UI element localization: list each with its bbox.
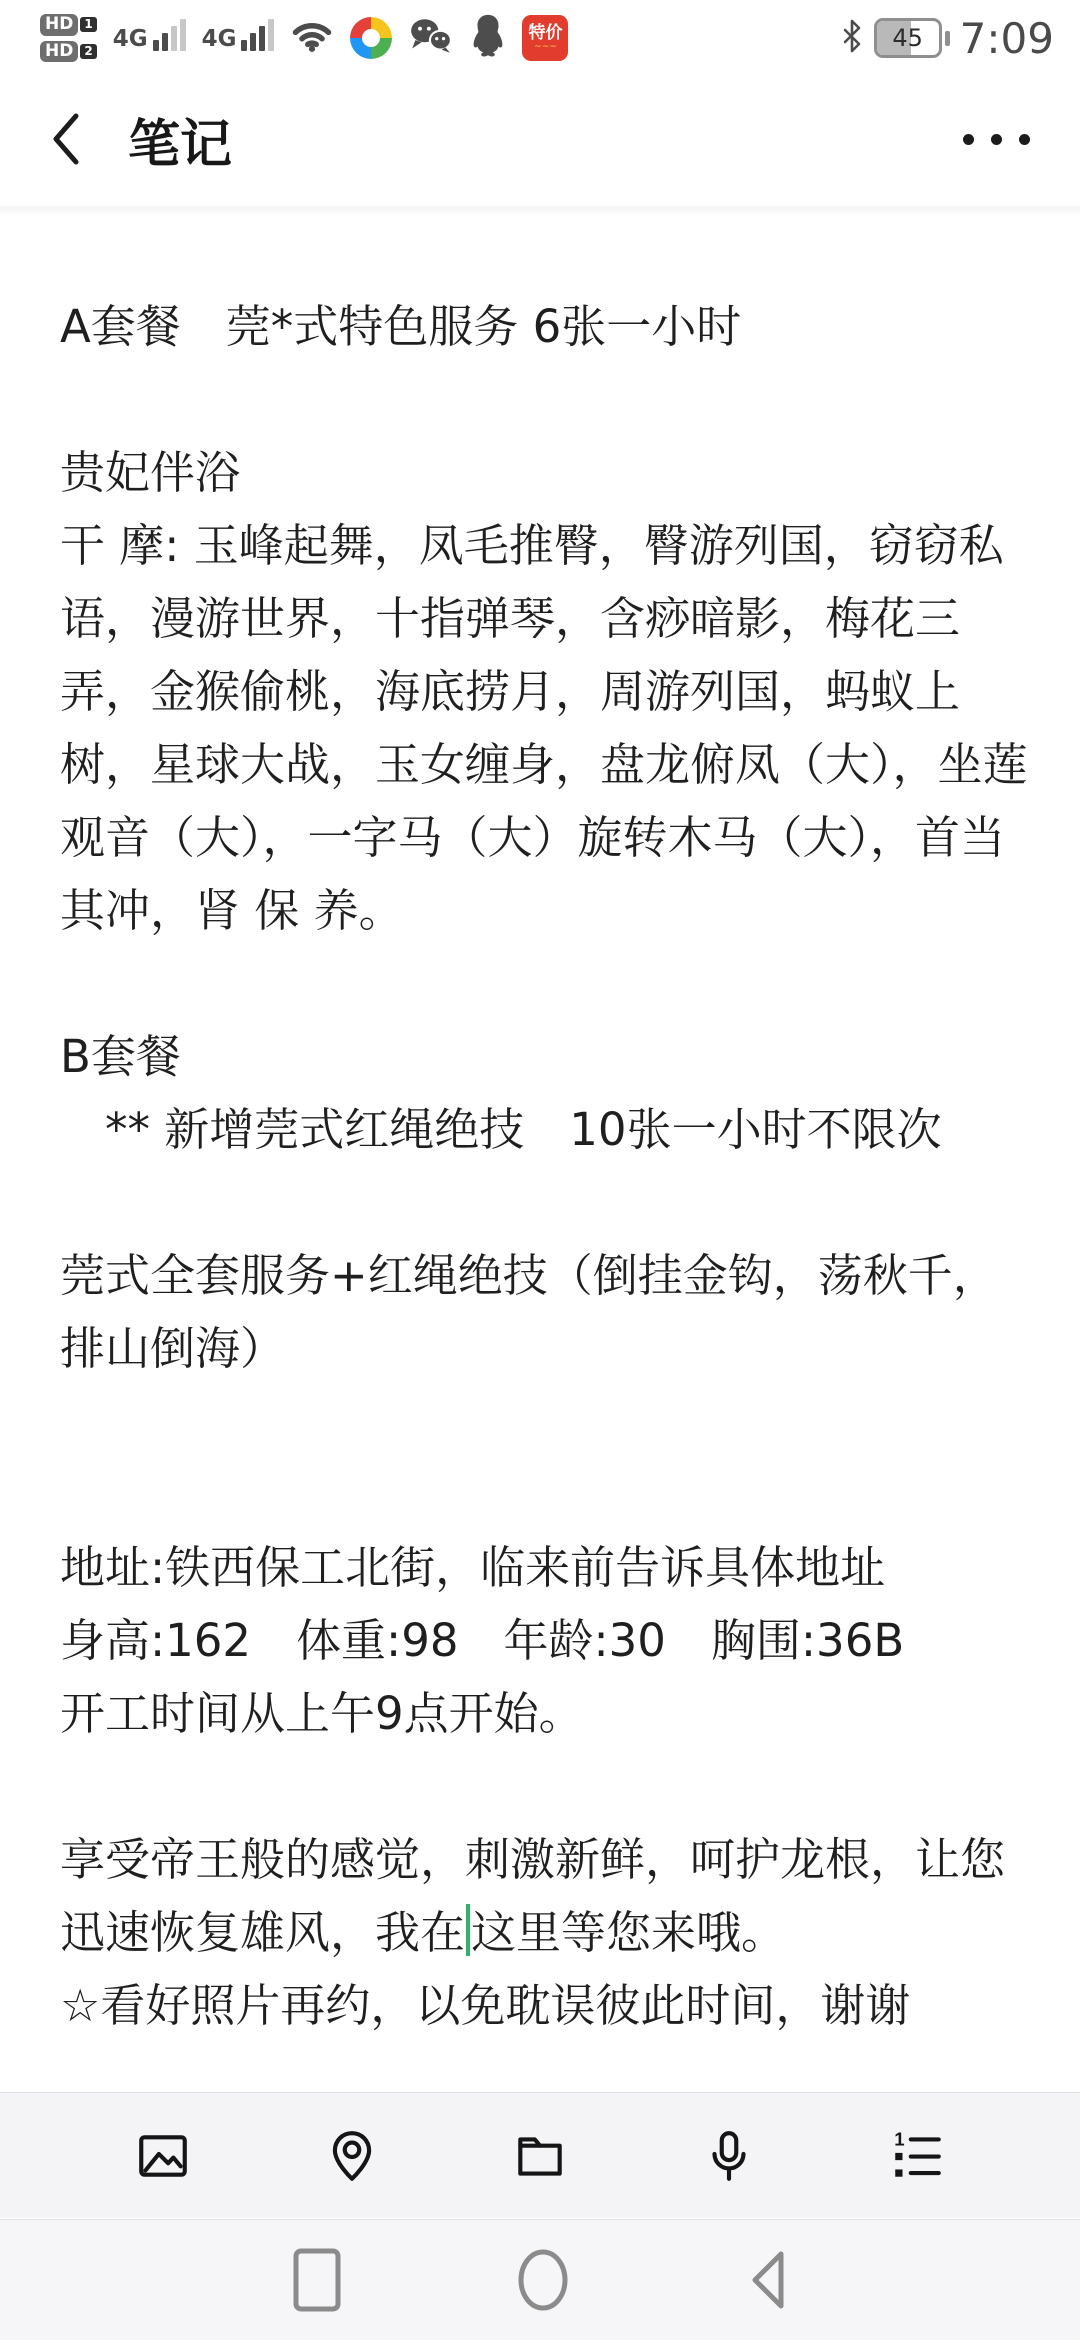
attach-file-button[interactable] <box>505 2121 575 2191</box>
recents-button[interactable] <box>287 2242 347 2318</box>
voice-input-button[interactable] <box>694 2121 764 2191</box>
status-bar-right: 45 7:09 <box>840 14 1054 63</box>
note-paragraph[interactable]: 贵妃伴浴 <box>60 436 1028 509</box>
folder-icon <box>511 2127 569 2185</box>
tejia-label: 特价 <box>528 24 562 43</box>
wifi-icon <box>290 17 334 59</box>
pinwheel-app-icon <box>350 17 392 59</box>
status-bar: HD 1 HD 2 4G 4G <box>0 0 1080 72</box>
note-paragraph[interactable]: 身高:162 体重:98 年龄:30 胸围:36B <box>60 1604 1028 1677</box>
battery-indicator: 45 <box>874 18 942 58</box>
note-body[interactable]: A套餐 莞*式特色服务 6张一小时贵妃伴浴干 摩: 玉峰起舞，凤毛推臀，臀游列国… <box>0 216 1080 2092</box>
numbered-list-icon: 1 <box>888 2127 946 2185</box>
clock: 7:09 <box>960 14 1054 63</box>
image-icon <box>134 2127 192 2185</box>
hd-indicators: HD 1 HD 2 <box>40 14 97 62</box>
numbered-list-button[interactable]: 1 <box>882 2121 952 2191</box>
recents-square-icon <box>293 2248 341 2312</box>
network-type-label: 4G <box>202 28 237 51</box>
note-paragraph[interactable]: ** 新增莞式红绳绝技 10张一小时不限次 <box>60 1093 1028 1166</box>
note-paragraph[interactable]: B套餐 <box>60 1020 1028 1093</box>
note-paragraph[interactable]: 莞式全套服务+红绳绝技（倒挂金钩，荡秋千，排山倒海） <box>60 1239 1028 1385</box>
note-paragraph[interactable]: A套餐 莞*式特色服务 6张一小时 <box>60 290 1028 363</box>
back-button[interactable] <box>46 111 86 167</box>
network-type-label: 4G <box>113 28 148 51</box>
insert-location-button[interactable] <box>317 2121 387 2191</box>
note-paragraph[interactable] <box>60 1458 1028 1531</box>
note-paragraph[interactable] <box>60 1750 1028 1823</box>
more-dots-icon <box>1019 134 1030 145</box>
back-nav-button[interactable] <box>739 2242 793 2318</box>
hd-sim1-number: 1 <box>80 17 96 32</box>
editor-toolbar: 1 <box>0 2092 1080 2218</box>
hd-label: HD <box>40 41 78 63</box>
note-paragraph[interactable] <box>60 1166 1028 1239</box>
home-button[interactable] <box>511 2242 575 2318</box>
note-paragraph[interactable]: 地址:铁西保工北街，临来前告诉具体地址 <box>60 1531 1028 1604</box>
more-dots-icon <box>991 134 1002 145</box>
location-pin-icon <box>323 2127 381 2185</box>
back-triangle-icon <box>745 2248 787 2312</box>
signal-4g-sim1-icon: 4G <box>113 19 186 57</box>
hd-volte-sim2-icon: HD 2 <box>40 41 97 63</box>
wechat-app-icon <box>408 17 454 59</box>
more-dots-icon <box>963 134 974 145</box>
qq-app-icon <box>470 13 506 63</box>
hd-volte-sim1-icon: HD 1 <box>40 14 97 36</box>
phone-screen: HD 1 HD 2 4G 4G <box>0 0 1080 2340</box>
bluetooth-icon <box>840 18 864 58</box>
microphone-icon <box>700 2127 758 2185</box>
header-shadow <box>0 206 1080 216</box>
note-paragraph[interactable]: 开工时间从上午9点开始。 <box>60 1677 1028 1750</box>
svg-text:1: 1 <box>894 2128 904 2149</box>
nav-header: 笔记 <box>0 72 1080 206</box>
hd-sim2-number: 2 <box>80 44 96 59</box>
home-circle-icon <box>517 2248 569 2312</box>
note-paragraph[interactable] <box>60 363 1028 436</box>
chevron-left-icon <box>56 116 76 162</box>
insert-image-button[interactable] <box>128 2121 198 2191</box>
note-paragraph[interactable]: 干 摩: 玉峰起舞，凤毛推臀，臀游列国，窃窃私语，漫游世界，十指弹琴，含痧暗影，… <box>60 509 1028 947</box>
tejia-app-icon: 特价 ~~~ <box>522 15 568 61</box>
hd-label: HD <box>40 14 78 36</box>
note-paragraph[interactable]: ☆看好照片再约，以免耽误彼此时间，谢谢 <box>60 1969 1028 2042</box>
battery-percent: 45 <box>892 24 923 52</box>
more-menu-button[interactable] <box>959 124 1034 155</box>
page-title: 笔记 <box>128 102 232 177</box>
text-cursor <box>466 1904 470 1956</box>
signal-4g-sim2-icon: 4G <box>202 19 275 57</box>
status-bar-left: HD 1 HD 2 4G 4G <box>40 13 840 63</box>
note-paragraph[interactable] <box>60 1385 1028 1458</box>
battery-nub <box>945 31 950 46</box>
android-nav-bar <box>0 2219 1080 2340</box>
note-paragraph[interactable]: 享受帝王般的感觉，刺激新鲜，呵护龙根，让您迅速恢复雄风，我在这里等您来哦。 <box>60 1823 1028 1969</box>
note-paragraph[interactable] <box>60 947 1028 1020</box>
tejia-sub-mark: ~~~ <box>534 43 557 52</box>
